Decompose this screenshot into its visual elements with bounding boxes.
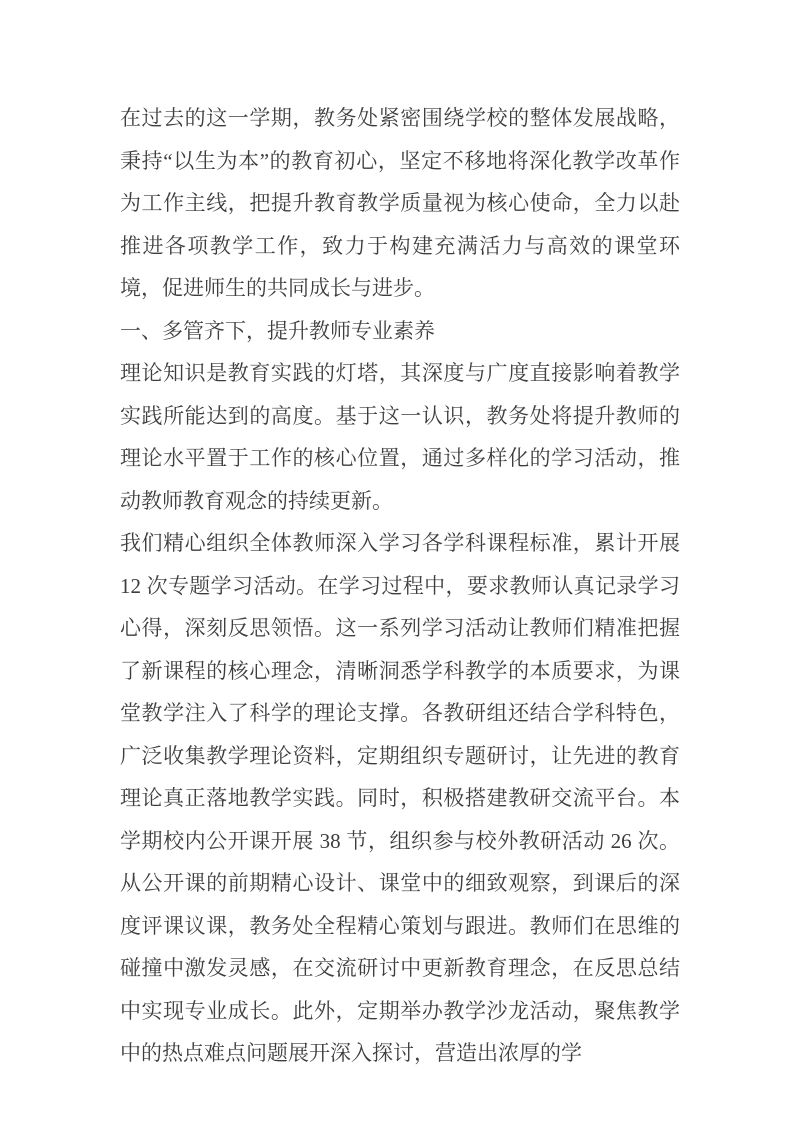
section-1-paragraph-1: 理论知识是教育实践的灯塔，其深度与广度直接影响着教学实践所能达到的高度。基于这一… [120, 352, 680, 522]
section-1-heading: 一、多管齐下，提升教师专业素养 [120, 310, 680, 353]
document-page: 在过去的这一学期，教务处紧密围绕学校的整体发展战略，秉持“以生为本”的教育初心，… [0, 0, 793, 1122]
intro-paragraph: 在过去的这一学期，教务处紧密围绕学校的整体发展战略，秉持“以生为本”的教育初心，… [120, 97, 680, 310]
section-1-paragraph-2: 我们精心组织全体教师深入学习各学科课程标准，累计开展 12 次专题学习活动。在学… [120, 522, 680, 1075]
